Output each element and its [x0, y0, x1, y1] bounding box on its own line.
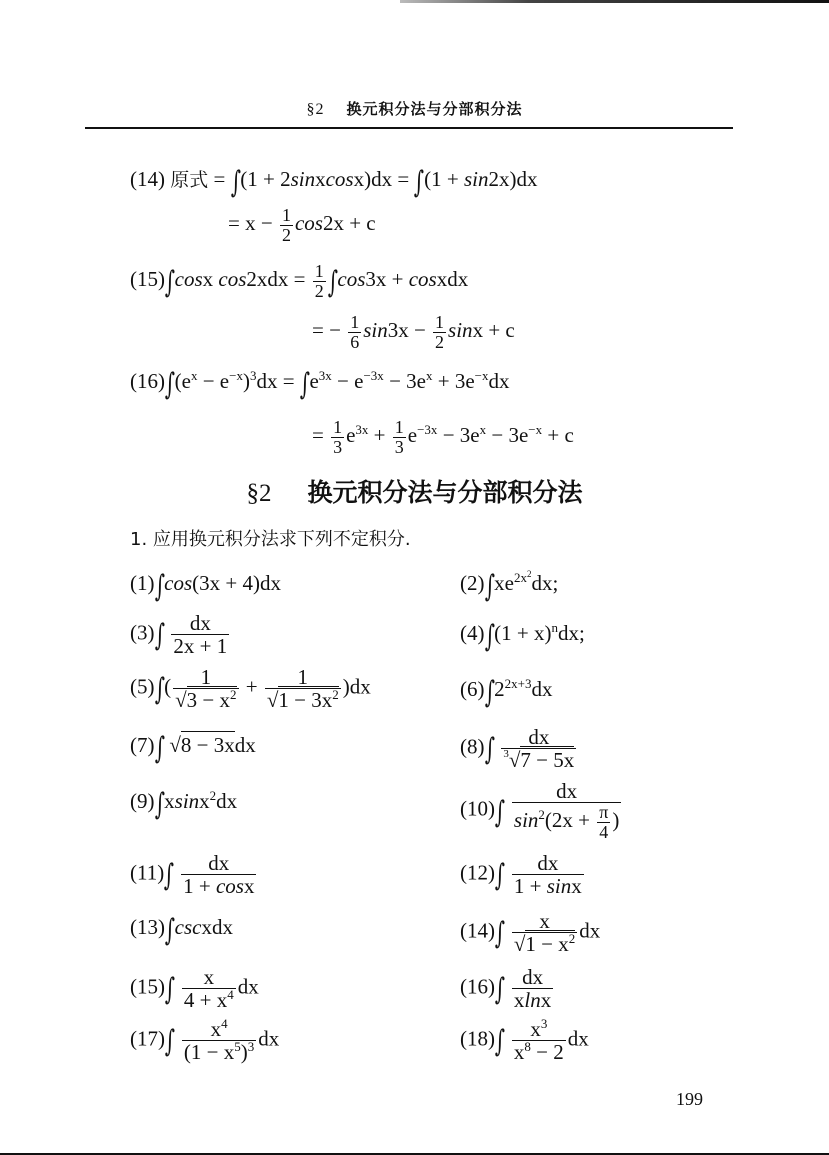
fraction: dx1 + cosx — [181, 852, 256, 897]
integral-sign: ∫ — [165, 268, 175, 298]
header-rule — [85, 127, 733, 129]
fraction: 1√1 − 3x2 — [265, 666, 341, 711]
exercise-intro: 1. 应用换元积分法求下列不定积分. — [130, 525, 411, 551]
integral-sign: ∫ — [165, 975, 175, 1005]
integral-sign: ∫ — [414, 168, 424, 198]
solution-14-line-1: (14) 原式 = ∫(1 + 2sinxcosx)dx = ∫(1 + sin… — [130, 168, 537, 198]
fraction: dxxlnx — [512, 966, 553, 1011]
exercise-item-11: (11)∫ dx1 + cosx — [130, 852, 258, 897]
exercise-item-3: (3)∫ dx2x + 1 — [130, 612, 231, 657]
exercise-item-14: (14)∫ x√1 − x2dx — [460, 910, 600, 955]
exercise-item-9: (9)∫xsinx2dx — [130, 790, 237, 820]
integral-sign: ∫ — [165, 1027, 175, 1057]
section-mark: §2 — [246, 480, 271, 507]
exercise-item-12: (12)∫ dx1 + sinx — [460, 852, 586, 897]
fraction: 12 — [313, 262, 326, 301]
solution-15-line-1: (15)∫cosx cos2xdx = 12∫cos3x + cosxdx — [130, 262, 468, 301]
fraction: 13 — [331, 418, 344, 457]
exercise-item-10: (10)∫ dxsin2(2x + π4) — [460, 780, 623, 842]
integral-sign: ∫ — [154, 572, 164, 602]
integral-sign: ∫ — [154, 734, 164, 764]
fraction: x3x8 − 2 — [512, 1018, 566, 1063]
exercise-item-5: (5)∫(1√3 − x2 + 1√1 − 3x2)dx — [130, 666, 371, 711]
exercise-item-18: (18)∫ x3x8 − 2dx — [460, 1018, 589, 1063]
section-title-text: 换元积分法与分部积分法 — [307, 478, 582, 507]
integral-sign: ∫ — [495, 975, 505, 1005]
integral-sign: ∫ — [154, 621, 164, 651]
exercise-item-13: (13)∫cscxdx — [130, 916, 233, 946]
fraction: 13 — [393, 418, 406, 457]
fraction: dx3√7 − 5x — [501, 726, 576, 771]
integral-sign: ∫ — [164, 861, 174, 891]
integral-sign: ∫ — [495, 1027, 505, 1057]
fraction: 12 — [280, 206, 293, 245]
integral-sign: ∫ — [165, 370, 175, 400]
solution-prefix: 原式 — [170, 169, 208, 191]
page-number: 199 — [676, 1089, 703, 1110]
fraction: 12 — [433, 313, 446, 352]
fraction: x√1 − x2 — [512, 910, 577, 955]
exercise-item-8: (8)∫ dx3√7 − 5x — [460, 726, 578, 771]
integral-sign: ∫ — [327, 268, 337, 298]
exercise-item-1: (1)∫cos(3x + 4)dx — [130, 572, 281, 602]
integral-sign: ∫ — [484, 572, 494, 602]
integral-sign: ∫ — [484, 678, 494, 708]
integral-sign: ∫ — [230, 168, 240, 198]
fraction: x4 + x4 — [182, 966, 236, 1011]
exercise-item-15: (15)∫ x4 + x4dx — [130, 966, 259, 1011]
exercise-item-4: (4)∫(1 + x)ndx; — [460, 622, 585, 652]
fraction: 16 — [348, 313, 361, 352]
exercise-item-7: (7)∫ √8 − 3xdx — [130, 734, 256, 764]
solution-16-line-2: = 13e3x + 13e−3x − 3ex − 3e−x + c — [312, 418, 574, 457]
integral-sign: ∫ — [154, 790, 164, 820]
running-header: §2换元积分法与分部积分法 — [0, 98, 829, 119]
integral-sign: ∫ — [484, 622, 494, 652]
integral-sign: ∫ — [484, 735, 494, 765]
fraction: x4(1 − x5)3 — [182, 1018, 256, 1063]
integral-sign: ∫ — [495, 919, 505, 949]
running-header-title: 换元积分法与分部积分法 — [346, 100, 522, 118]
fraction: dx1 + sinx — [512, 852, 584, 897]
integral-sign: ∫ — [495, 798, 505, 828]
running-header-section-mark: §2 — [306, 101, 324, 118]
fraction: π4 — [597, 803, 610, 842]
solution-14-line-2: = x − 12cos2x + c — [228, 206, 376, 245]
integral-sign: ∫ — [165, 916, 175, 946]
solution-16-line-1: (16)∫(ex − e−x)3dx = ∫e3x − e−3x − 3ex +… — [130, 370, 510, 400]
solution-label: (14) — [130, 167, 165, 191]
integral-sign: ∫ — [300, 370, 310, 400]
fraction: dx2x + 1 — [171, 612, 229, 657]
exercise-item-2: (2)∫xe2x2dx; — [460, 572, 558, 602]
exercise-item-17: (17)∫ x4(1 − x5)3dx — [130, 1018, 279, 1063]
section-heading: §2换元积分法与分部积分法 — [0, 473, 829, 509]
exercise-item-16: (16)∫ dxxlnx — [460, 966, 555, 1011]
fraction: dxsin2(2x + π4) — [512, 780, 621, 842]
integral-sign: ∫ — [495, 861, 505, 891]
integral-sign: ∫ — [154, 675, 164, 705]
scan-edge-top — [400, 0, 829, 3]
fraction: 1√3 − x2 — [173, 666, 238, 711]
solution-15-line-2: = − 16sin3x − 12sinx + c — [312, 313, 515, 352]
exercise-item-6: (6)∫22x+3dx — [460, 678, 552, 708]
